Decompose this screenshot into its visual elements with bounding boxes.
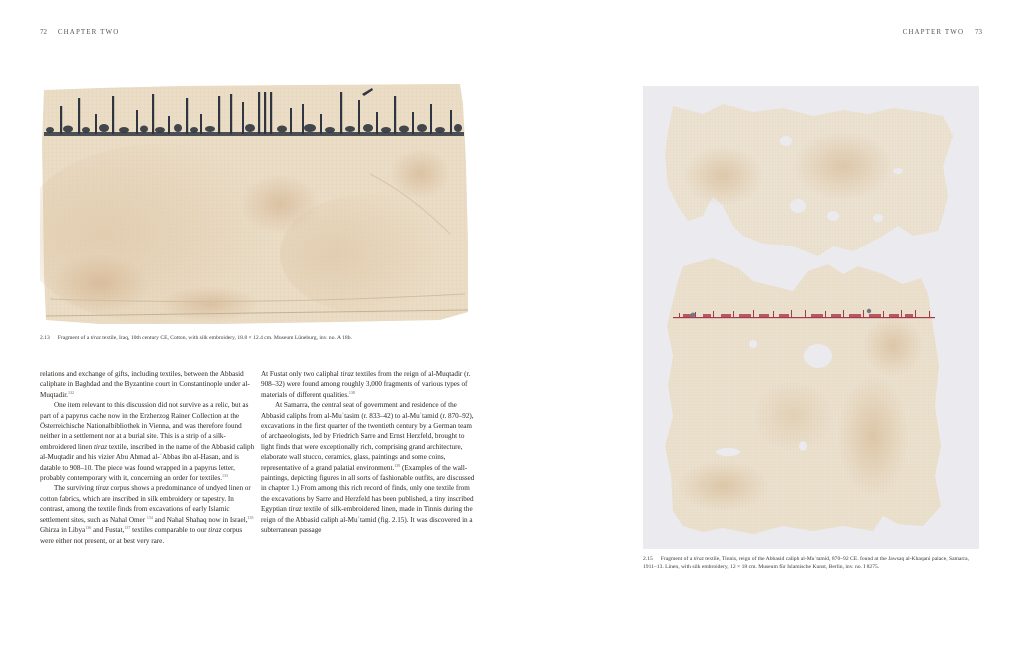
text-run: Ghirza in Libya <box>40 526 85 534</box>
chapter-title-left: CHAPTER TWO <box>58 28 120 36</box>
running-head-right: CHAPTER TWO 73 <box>903 28 982 36</box>
text-run: The surviving <box>54 484 96 492</box>
italic-term: tiraz <box>289 505 302 513</box>
figure-2-13-image <box>40 84 470 326</box>
page-number-right: 73 <box>975 28 982 36</box>
tiraz-textile-iraq-photo <box>40 84 470 326</box>
italic-term: tiraz <box>96 484 109 492</box>
text-run: At Samarra, the central seat of governme… <box>261 401 474 471</box>
footnote-ref: 135 <box>247 515 253 520</box>
tiraz-textile-tinnis-photo <box>643 86 979 549</box>
paragraph: At Samarra, the central seat of governme… <box>261 400 477 535</box>
paragraph: relations and exchange of gifts, includi… <box>40 369 256 400</box>
figure-2-15-caption: 2.15Fragment of a tiraz textile, Tinnis,… <box>643 555 979 571</box>
caption-text: Fragment of a <box>58 335 91 341</box>
italic-term: tiraz <box>94 443 107 451</box>
footnote-ref: 132 <box>68 390 74 395</box>
paragraph: One item relevant to this discussion did… <box>40 400 256 483</box>
chapter-title-right: CHAPTER TWO <box>903 28 965 36</box>
text-run: and Nahal Shahaq now in Israel, <box>153 516 248 524</box>
body-text-column-1: relations and exchange of gifts, includi… <box>40 369 256 546</box>
footnote-ref: 138 <box>349 390 355 395</box>
paragraph: At Fustat only two caliphal tiraz textil… <box>261 369 477 400</box>
text-run: textiles comparable to our <box>130 526 208 534</box>
body-text-column-2: At Fustat only two caliphal tiraz textil… <box>261 369 477 536</box>
caption-text: textile, Iraq, 10th century CE, Cotton, … <box>101 335 352 341</box>
running-head-left: 72 CHAPTER TWO <box>40 28 119 36</box>
italic-term: tiraz <box>208 526 221 534</box>
caption-italic-term: tiraz <box>91 335 101 341</box>
figure-number: 2.13 <box>40 335 50 341</box>
page-number-left: 72 <box>40 28 47 36</box>
caption-text: Fragment of a <box>661 556 694 562</box>
italic-term: tiraz <box>341 370 354 378</box>
figure-2-15-image <box>643 86 979 549</box>
paragraph: The surviving tiraz corpus shows a predo… <box>40 483 256 545</box>
caption-italic-term: tiraz <box>694 556 704 562</box>
figure-number: 2.15 <box>643 556 653 562</box>
text-run: At Fustat only two caliphal <box>261 370 341 378</box>
figure-2-13-caption: 2.13Fragment of a tiraz textile, Iraq, 1… <box>40 334 480 342</box>
text-run: and Fustat, <box>91 526 124 534</box>
footnote-ref: 133 <box>222 473 228 478</box>
